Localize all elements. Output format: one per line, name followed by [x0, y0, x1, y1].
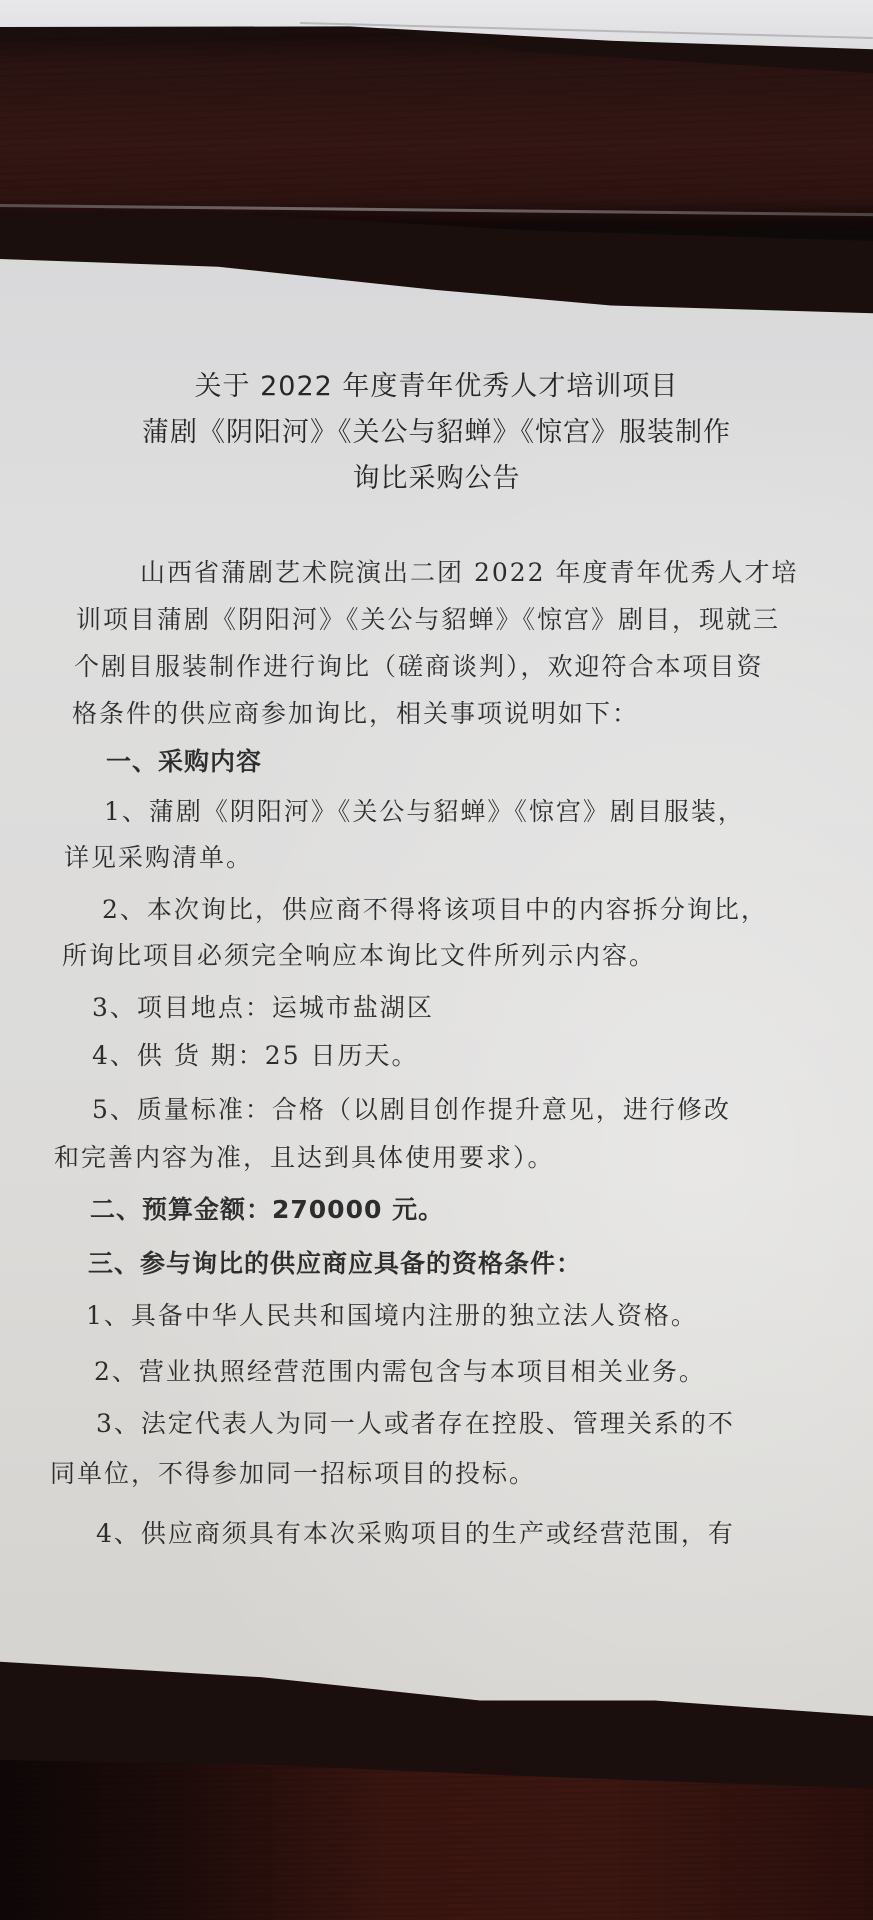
section-3-item-1: 1、具备中华人民共和国境内注册的独立法人资格。: [86, 1296, 698, 1332]
section-3-item-3-line-2: 同单位，不得参加同一招标项目的投标。: [50, 1454, 536, 1490]
section-3-item-2: 2、营业执照经营范围内需包含与本项目相关业务。: [94, 1352, 706, 1388]
doc-title-line-2: 蒲剧《阴阳河》《关公与貂蝉》《惊宫》服装制作: [0, 410, 873, 449]
section-1-item-2-line-2: 所询比项目必须完全响应本询比文件所列示内容。: [62, 936, 656, 972]
intro-line-2: 训项目蒲剧《阴阳河》《关公与貂蝉》《惊宫》剧目，现就三: [76, 600, 780, 636]
wooden-table-bottom-strip: [0, 1760, 873, 1920]
section-1-item-5-line-2: 和完善内容为准，且达到具体使用要求）。: [54, 1138, 555, 1174]
doc-title-line-3: 询比采购公告: [0, 456, 873, 495]
doc-title-line-1: 关于 2022 年度青年优秀人才培训项目: [0, 364, 873, 403]
section-2-budget-heading: 二、预算金额：270000 元。: [90, 1190, 444, 1226]
section-1-item-4: 4、供 货 期：25 日历天。: [92, 1036, 419, 1072]
section-3-item-3-line-1: 3、法定代表人为同一人或者存在控股、管理关系的不: [96, 1404, 735, 1440]
intro-line-1: 山西省蒲剧艺术院演出二团 2022 年度青年优秀人才培: [140, 553, 799, 589]
section-1-item-3: 3、项目地点：运城市盐湖区: [92, 988, 434, 1024]
intro-line-4: 格条件的供应商参加询比，相关事项说明如下：: [72, 694, 639, 730]
section-3-item-4-line-1: 4、供应商须具有本次采购项目的生产或经营范围，有: [96, 1514, 735, 1550]
section-1-item-2-line-1: 2、本次询比，供应商不得将该项目中的内容拆分询比，: [102, 890, 768, 926]
intro-line-3: 个剧目服装制作进行询比（磋商谈判），欢迎符合本项目资: [74, 647, 764, 683]
section-1-item-1-line-1: 1、蒲剧《阴阳河》《关公与貂蝉》《惊宫》剧目服装，: [104, 792, 745, 828]
section-1-heading: 一、采购内容: [106, 742, 262, 778]
section-3-heading: 三、参与询比的供应商应具备的资格条件：: [88, 1244, 582, 1280]
section-1-item-5-line-1: 5、质量标准：合格（以剧目创作提升意见，进行修改: [92, 1090, 731, 1126]
section-1-item-1-line-2: 详见采购清单。: [64, 838, 253, 874]
